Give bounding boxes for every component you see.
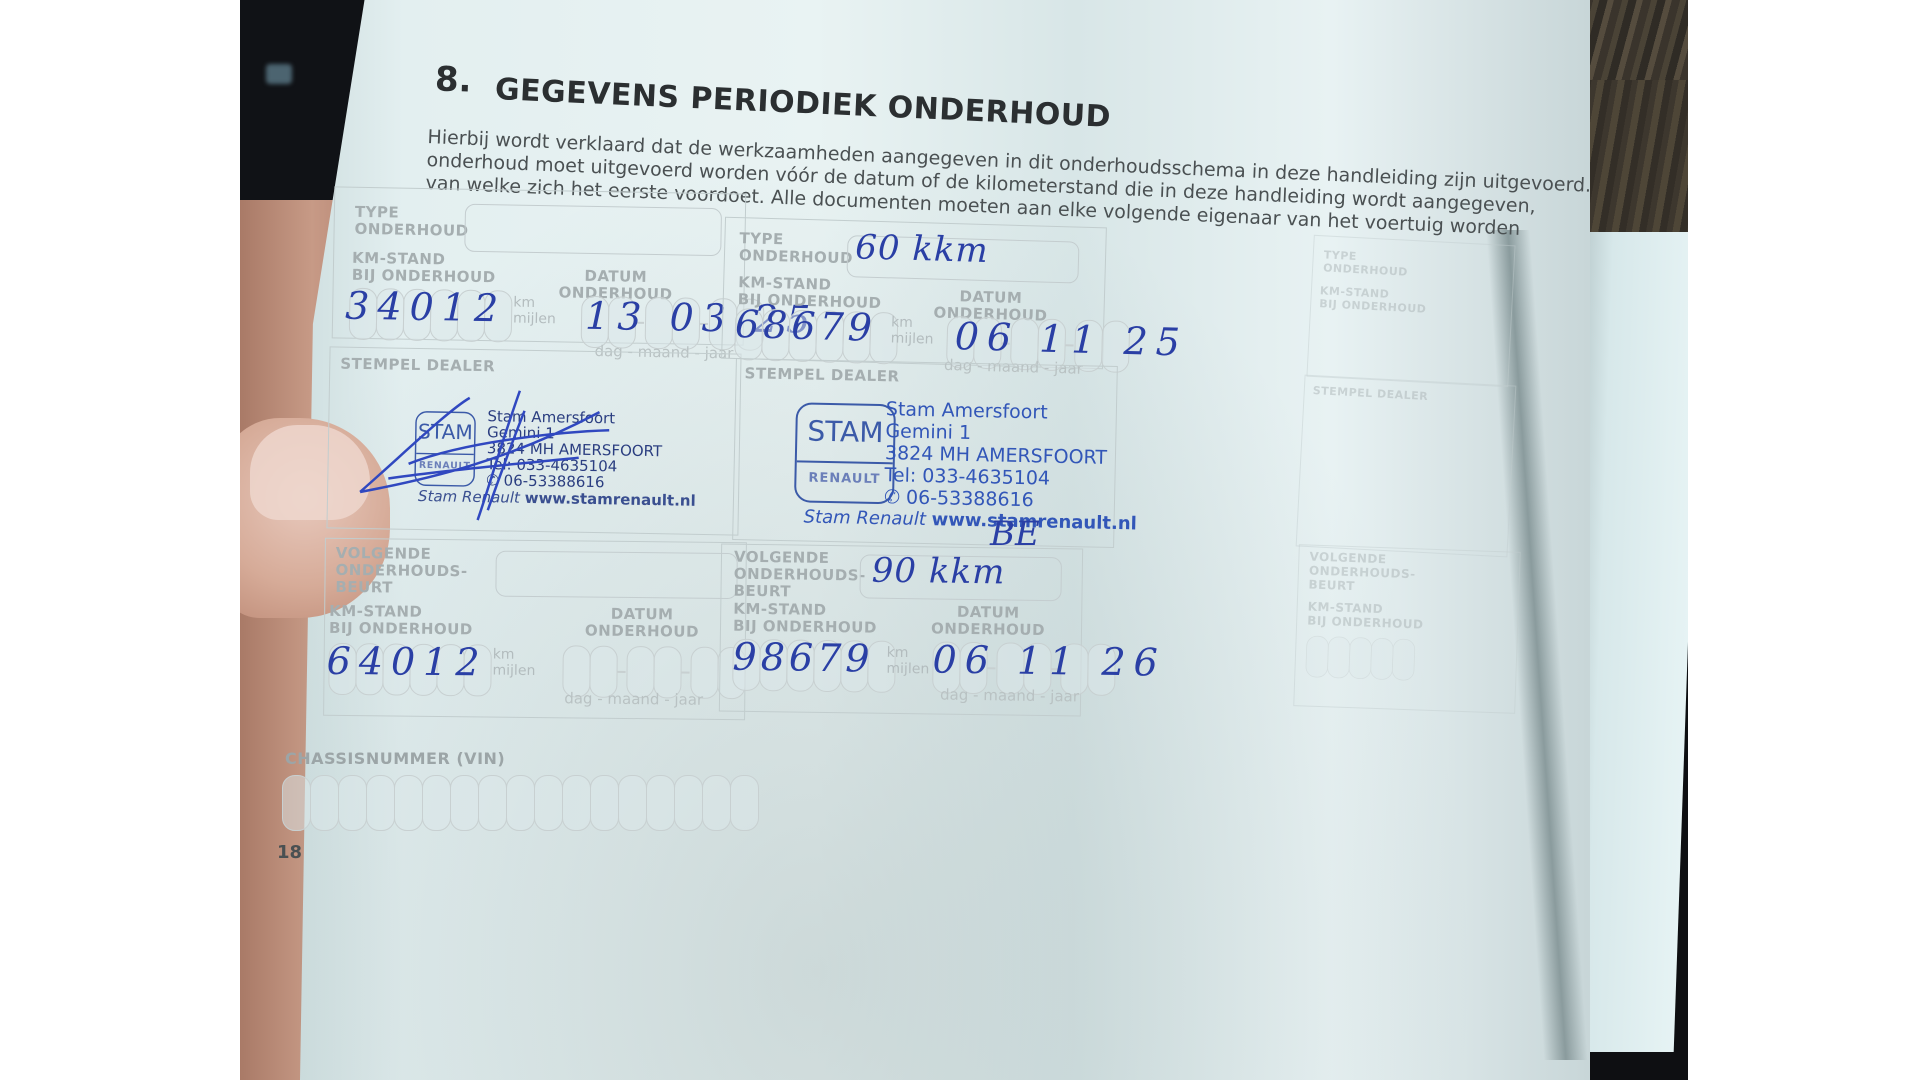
entry-2-next: VOLGENDE ONDERHOUDS- BEURT 90 kkm KM-STA…	[719, 543, 1083, 716]
vin-cell[interactable]	[338, 775, 367, 831]
label-vin: CHASSISNUMMER (VIN)	[285, 750, 505, 767]
entry-2-stamp-box: STEMPEL DEALER STAM RENAULT Stam Amersfo…	[732, 358, 1118, 548]
label-datum: DATUM ONDERHOUD	[931, 603, 1045, 639]
logo-text: STAM	[797, 414, 894, 449]
label-volgende: VOLGENDE ONDERHOUDS- BEURT	[1308, 550, 1416, 596]
vin-cell[interactable]	[590, 775, 619, 831]
unit-label: km mijlen	[513, 295, 556, 328]
label-stempel-dealer: STEMPEL DEALER	[744, 365, 899, 385]
label-type-onderhoud: TYPE ONDERHOUD	[1323, 248, 1409, 278]
dealer-brand: Stam Renault	[803, 506, 926, 530]
vin-cells[interactable]	[282, 775, 758, 831]
section-number: 8.	[434, 59, 472, 100]
label-km-stand: KM-STAND BIJ ONDERHOUD	[352, 250, 496, 287]
unit-label: km mijlen	[886, 645, 929, 678]
dealer-address: Stam Amersfoort Gemini 1 3824 MH AMERSFO…	[884, 398, 1108, 513]
vin-cell[interactable]	[310, 775, 339, 831]
handwritten-next-km: 64012	[326, 639, 487, 685]
vin-cell[interactable]	[646, 775, 675, 831]
label-stempel-dealer: STEMPEL DEALER	[1312, 382, 1428, 405]
entry-3-top: TYPE ONDERHOUD KM-STAND BIJ ONDERHOUD	[1306, 235, 1515, 387]
vin-cell[interactable]	[674, 775, 703, 831]
vin-cell[interactable]	[282, 775, 311, 831]
logo-divider	[797, 460, 893, 464]
label-volgende: VOLGENDE ONDERHOUDS- BEURT	[733, 549, 866, 602]
entry-3-stamp-box: STEMPEL DEALER	[1296, 375, 1517, 558]
entry-3-next: VOLGENDE ONDERHOUDS- BEURT KM-STAND BIJ …	[1293, 544, 1521, 714]
type-onderhoud-field[interactable]	[464, 204, 722, 256]
date-hint: dag - maand - jaar	[564, 689, 703, 708]
vin-cell[interactable]	[506, 775, 535, 831]
label-volgende: VOLGENDE ONDERHOUDS- BEURT	[335, 545, 468, 597]
vin-cell[interactable]	[618, 775, 647, 831]
label-type-onderhoud: TYPE ONDERHOUD	[739, 230, 854, 267]
vin-cell[interactable]	[702, 775, 731, 831]
label-datum: DATUM ONDERHOUD	[585, 606, 699, 641]
handwritten-next-date: 06 11 26	[932, 637, 1166, 684]
label-km-stand: KM-STAND BIJ ONDERHOUD	[1319, 284, 1427, 316]
vin-cell[interactable]	[366, 775, 395, 831]
vin-cell[interactable]	[422, 775, 451, 831]
dealer-logo: STAM RENAULT	[794, 402, 896, 504]
vin-cell[interactable]	[562, 775, 591, 831]
label-km-stand: KM-STAND BIJ ONDERHOUD	[329, 603, 473, 639]
label-km-stand: KM-STAND BIJ ONDERHOUD	[733, 601, 877, 637]
vin-cell[interactable]	[394, 775, 423, 831]
km-cells[interactable]	[1305, 636, 1414, 681]
logo-brand: RENAULT	[796, 470, 892, 487]
handwritten-date: 06 11 25	[954, 314, 1188, 364]
entry-1-stamp-box: STEMPEL DEALER STAM RENAULT Stam Amersfo…	[326, 346, 741, 535]
label-type-onderhoud: TYPE ONDERHOUD	[354, 204, 469, 240]
vin-cell[interactable]	[450, 775, 479, 831]
entry-1-next: VOLGENDE ONDERHOUDS- BEURT KM-STAND BIJ …	[323, 538, 747, 720]
page-number: 18	[277, 842, 302, 863]
vin-cell[interactable]	[534, 775, 563, 831]
unit-label: km mijlen	[891, 314, 935, 347]
volgende-beurt-field[interactable]	[495, 551, 737, 600]
handwritten-next-type: 90 kkm	[872, 551, 1006, 593]
vin-cell[interactable]	[478, 775, 507, 831]
handwritten-km: 68679	[734, 302, 876, 350]
entry-1-top: TYPE ONDERHOUD KM-STAND BIJ ONDERHOUD DA…	[332, 186, 747, 345]
label-km-stand: KM-STAND BIJ ONDERHOUD	[1307, 600, 1424, 632]
handwritten-km: 34012	[345, 284, 507, 331]
handwritten-type: 60 kkm	[855, 227, 990, 271]
entry-2-top: TYPE ONDERHOUD 60 kkm KM-STAND BIJ ONDER…	[721, 217, 1107, 370]
handwritten-next-km: 98679	[732, 635, 873, 681]
vin-cell[interactable]	[730, 775, 759, 831]
photo: 8. GEGEVENS PERIODIEK ONDERHOUD Hierbij …	[240, 0, 1688, 1080]
unit-label: km mijlen	[492, 647, 535, 679]
signature	[347, 368, 650, 533]
indicator-light	[266, 64, 292, 84]
date-hint: dag - maand - jaar	[940, 686, 1079, 706]
